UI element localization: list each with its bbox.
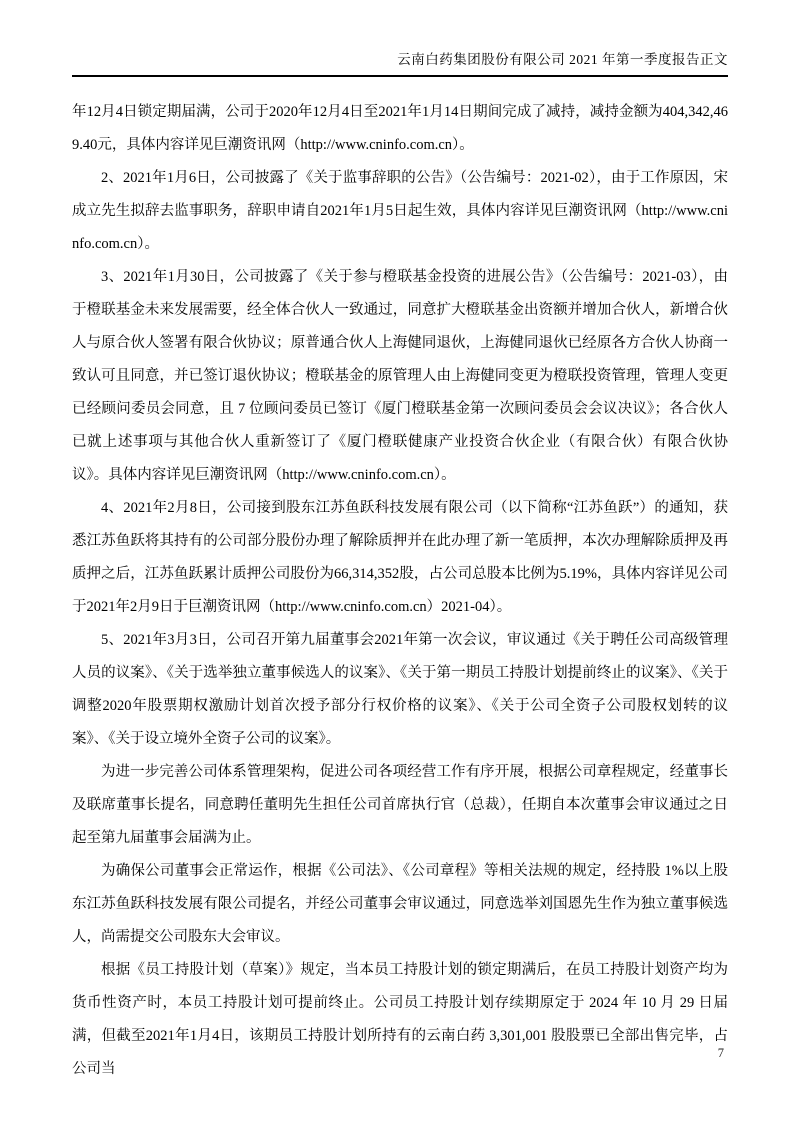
page-header: 云南白药集团股份有限公司 2021 年第一季度报告正文 <box>72 0 728 77</box>
paragraph-ceo-appointment: 为进一步完善公司体系管理架构，促进公司各项经营工作有序开展，根据公司章程规定，经… <box>72 756 728 855</box>
report-header-title: 云南白药集团股份有限公司 2021 年第一季度报告正文 <box>72 52 728 68</box>
paragraph-employee-stock-plan: 根据《员工持股计划（草案）》规定，当本员工持股计划的锁定期满后，在员工持股计划资… <box>72 954 728 1086</box>
paragraph-independent-director-nomination: 为确保公司董事会正常运作，根据《公司法》、《公司章程》等相关法规的规定，经持股 … <box>72 855 728 954</box>
paragraph-chenglian-fund-progress: 3、2021年1月30日，公司披露了《关于参与橙联基金投资的进展公告》（公告编号… <box>72 261 728 492</box>
page-number: 7 <box>718 1046 724 1061</box>
paragraph-board-meeting-resolutions: 5、2021年3月3日，公司召开第九届董事会2021年第一次会议，审议通过《关于… <box>72 624 728 756</box>
paragraph-jiangsu-yuyue-pledge: 4、2021年2月8日，公司接到股东江苏鱼跃科技发展有限公司（以下简称“江苏鱼跃… <box>72 492 728 624</box>
paragraph-supervisor-resignation: 2、2021年1月6日，公司披露了《关于监事辞职的公告》（公告编号：2021-0… <box>72 162 728 261</box>
document-page: 云南白药集团股份有限公司 2021 年第一季度报告正文 年12月4日锁定期届满，… <box>0 0 800 1131</box>
document-body: 年12月4日锁定期届满，公司于2020年12月4日至2021年1月14日期间完成… <box>72 96 728 1086</box>
paragraph-reduction-completion: 年12月4日锁定期届满，公司于2020年12月4日至2021年1月14日期间完成… <box>72 96 728 162</box>
